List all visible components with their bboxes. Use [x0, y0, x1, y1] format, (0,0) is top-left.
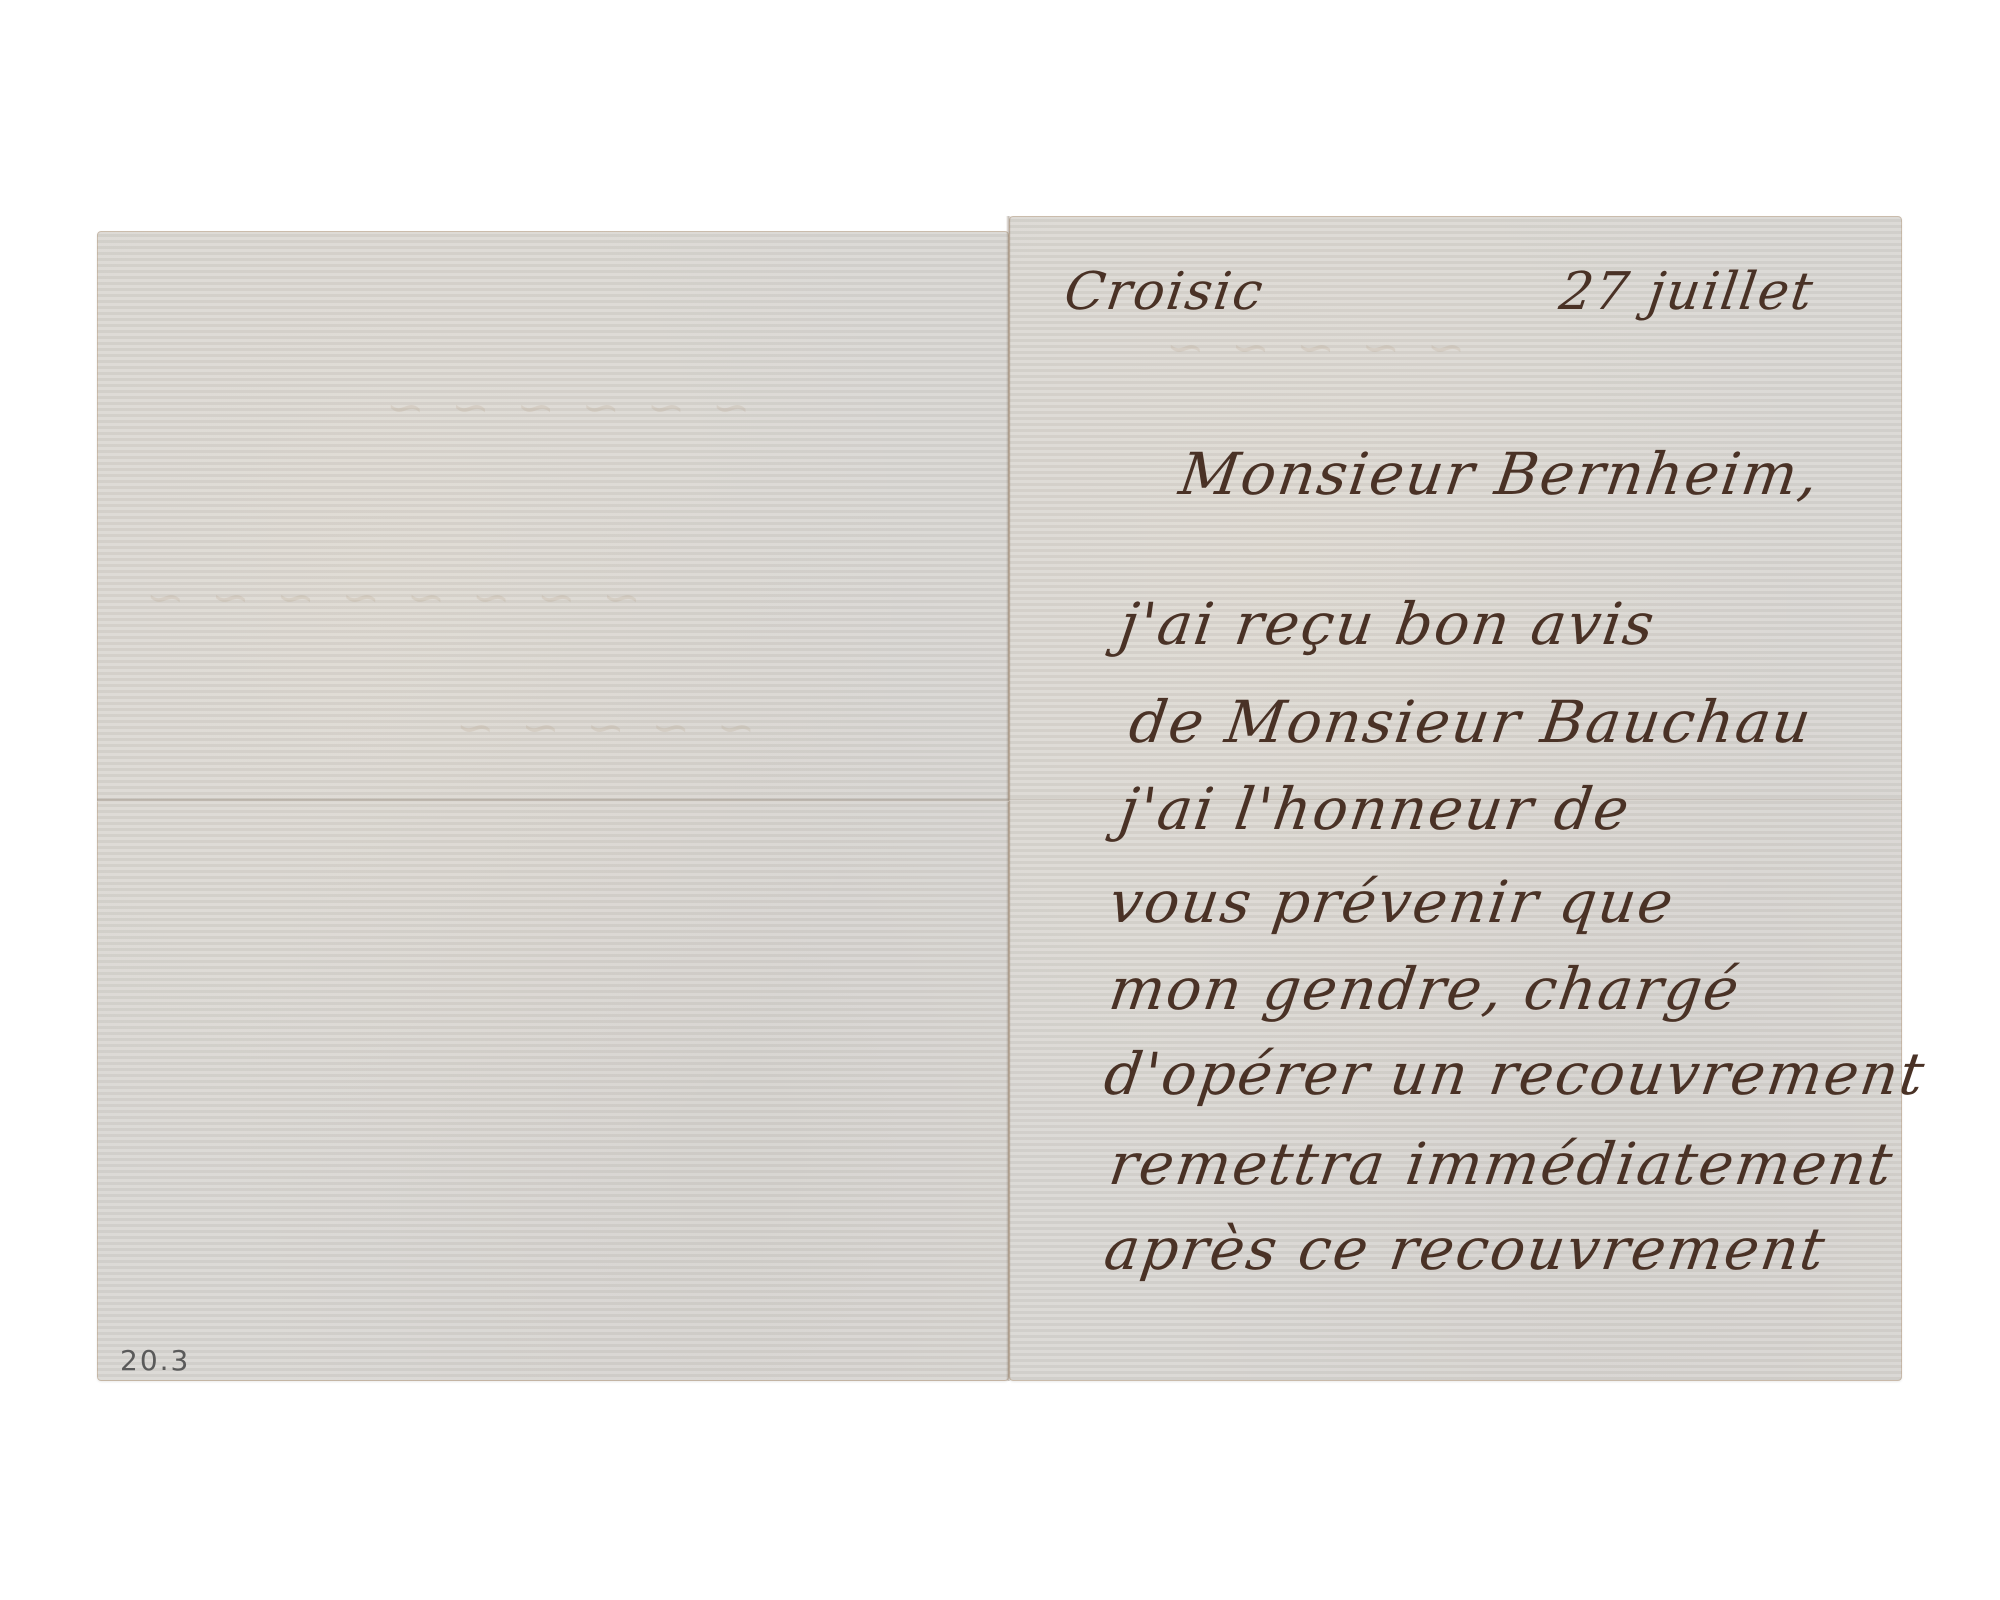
show-through-mark: ~ ~ ~ ~ ~: [450, 700, 755, 754]
letter-line: mon gendre, chargé: [1105, 955, 1745, 1023]
letter-salutation: Monsieur Bernheim,: [1175, 440, 1824, 508]
show-through-mark: ~ ~ ~ ~ ~ ~: [380, 380, 750, 434]
show-through-mark: ~ ~ ~ ~ ~ ~ ~ ~: [140, 570, 641, 624]
letter-line: remettra immédiatement: [1105, 1130, 1898, 1198]
show-through-mark: ~ ~ ~ ~ ~: [1160, 320, 1465, 374]
letter-line: de Monsieur Bauchau: [1125, 688, 1817, 756]
letter-line: j'ai l'honneur de: [1115, 775, 1635, 843]
catalog-number: 20.3: [120, 1344, 190, 1377]
letter-line: d'opérer un recouvrement: [1100, 1040, 1930, 1108]
letter-line: vous prévenir que: [1105, 868, 1679, 936]
letter-date: 27 juillet: [1556, 262, 1818, 322]
horizontal-fold-left: [97, 798, 1009, 802]
letter-line: après ce recouvrement: [1100, 1215, 1830, 1283]
letter-place: Croisic: [1061, 262, 1268, 322]
letter-line: j'ai reçu bon avis: [1115, 590, 1660, 658]
photo-stage: ~ ~ ~ ~ ~ ~ ~ ~ ~ ~ ~ ~ ~ ~ ~ ~ ~ ~ ~ ~ …: [0, 0, 2000, 1600]
